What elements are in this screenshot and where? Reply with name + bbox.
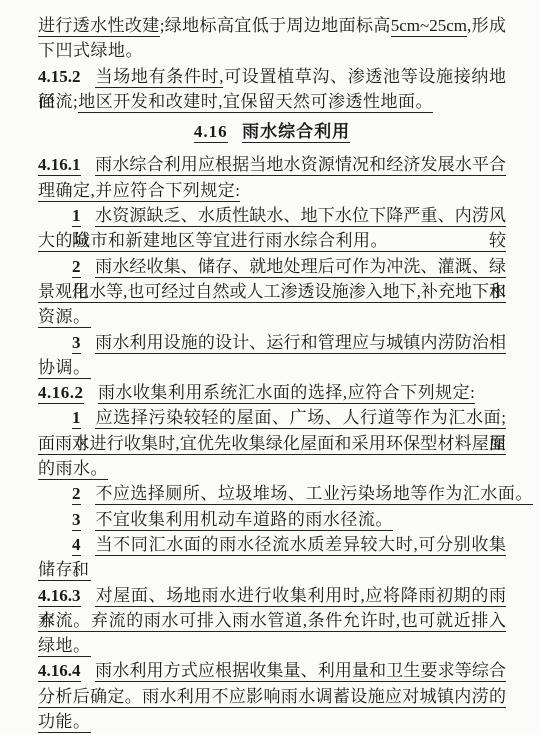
text-segment: 弃流。弃流的雨水可排入雨水管道,条件允许时,也可就近排入: [38, 611, 506, 632]
text-segment: ;绿地标高宜低于周边地面标高: [160, 16, 391, 35]
text-segment: 不应选择厕所、垃圾堆场、工业污染场地等作为汇水面。: [95, 484, 533, 505]
text-line: 径流;地区开发和改建时,宜保留天然可渗透性地面。: [38, 89, 506, 114]
text-segment: 分析后确定。雨水利用不应影响雨水调蓄设施应对城镇内涝的: [38, 687, 506, 708]
text-line: 3不宜收集利用机动车道路的雨水径流。: [38, 507, 506, 532]
text-segment: 当场地有条件时,: [95, 67, 224, 88]
text-line: 1应选择污染较轻的屋面、广场、人行道等作为汇水面;对屋: [38, 405, 506, 430]
text-segment: 5cm~25cm: [391, 16, 467, 37]
text-line: 3雨水利用设施的设计、运行和管理应与城镇内涝防治相: [38, 330, 506, 355]
text-line: 2雨水经收集、储存、就地处理后可作为冲洗、灌溉、绿化和: [38, 254, 506, 279]
text-segment: 协调。: [38, 358, 91, 379]
text-line: 资源。: [38, 304, 506, 329]
text-line: 协调。: [38, 355, 506, 380]
text-line: 4当不同汇水面的雨水径流水质差异较大时,可分别收集和: [38, 532, 506, 557]
text-line: 面雨水进行收集时,宜优先收集绿化屋面和采用环保型材料屋面: [38, 431, 506, 456]
text-segment: ,形成: [467, 16, 506, 35]
clause-number: 4.16.1: [38, 155, 81, 176]
text-line: 4.16.3对屋面、场地雨水进行收集利用时,应将降雨初期的雨水: [38, 583, 506, 608]
clause-number: 4.16.4: [38, 661, 81, 682]
text-line: 1水资源缺乏、水质性缺水、地下水位下降严重、内涝风险较: [38, 203, 506, 228]
text-segment: 理确定,并应符合下列规定:: [38, 181, 240, 202]
text-segment: 景观用水等,也可经过自然或人工渗透设施渗入地下,补充地下水: [38, 282, 506, 303]
text-segment: 径流;: [38, 92, 78, 111]
clause-number: 2: [72, 257, 81, 278]
text-line: 4.15.2当场地有条件时,可设置植草沟、渗透池等设施接纳地面: [38, 64, 506, 89]
clause-number: 4.15.2: [38, 67, 81, 86]
text-line: 储存。: [38, 557, 506, 582]
text-segment: 雨水收集利用系统汇水面的选择,应符合下列规定:: [98, 383, 475, 404]
clause-number: 4.16: [194, 122, 228, 143]
text-segment: 绿地。: [38, 636, 91, 657]
text-line: 景观用水等,也可经过自然或人工渗透设施渗入地下,补充地下水: [38, 279, 506, 304]
text-line: 4.16.4雨水利用方式应根据收集量、利用量和卫生要求等综合: [38, 658, 506, 683]
text-line: 分析后确定。雨水利用不应影响雨水调蓄设施应对城镇内涝的: [38, 684, 506, 709]
section-heading: 4.16雨水综合利用: [38, 119, 506, 144]
text-segment: 地区开发和改建时,宜保留天然可渗透性地面。: [78, 92, 433, 113]
clause-number: 3: [72, 510, 81, 531]
text-segment: 进行透水性改建: [38, 16, 160, 37]
text-segment: 的雨水。: [38, 459, 108, 480]
document-body: 进行透水性改建;绿地标高宜低于周边地面标高5cm~25cm,形成下凹式绿地。4.…: [38, 13, 506, 734]
text-segment: 面雨水进行收集时,宜优先收集绿化屋面和采用环保型材料屋面: [38, 434, 506, 455]
clause-number: 4: [72, 535, 81, 556]
text-segment: 资源。: [38, 307, 91, 328]
text-segment: 不宜收集利用机动车道路的雨水径流。: [95, 510, 393, 531]
text-segment: 下凹式绿地。: [38, 41, 143, 60]
text-segment: 雨水利用方式应根据收集量、利用量和卫生要求等综合: [95, 661, 506, 682]
text-line: 弃流。弃流的雨水可排入雨水管道,条件允许时,也可就近排入: [38, 608, 506, 633]
text-line: 下凹式绿地。: [38, 38, 506, 63]
text-line: 2不应选择厕所、垃圾堆场、工业污染场地等作为汇水面。: [38, 481, 506, 506]
text-line: 绿地。: [38, 633, 506, 658]
text-segment: 雨水综合利用应根据当地水资源情况和经济发展水平合: [95, 155, 506, 176]
clause-number: 2: [72, 484, 81, 505]
clause-number: 雨水综合利用: [242, 122, 350, 143]
clause-number: 3: [72, 333, 81, 354]
text-line: 的雨水。: [38, 456, 506, 481]
clause-number: 1: [72, 408, 81, 429]
text-line: 进行透水性改建;绿地标高宜低于周边地面标高5cm~25cm,形成: [38, 13, 506, 38]
text-line: 4.16.1雨水综合利用应根据当地水资源情况和经济发展水平合: [38, 152, 506, 177]
text-line: 理确定,并应符合下列规定:: [38, 178, 506, 203]
clause-number: 4.16.2: [38, 383, 84, 404]
clause-number: 1: [72, 206, 81, 227]
document-page: 进行透水性改建;绿地标高宜低于周边地面标高5cm~25cm,形成下凹式绿地。4.…: [0, 0, 540, 735]
text-line: 功能。: [38, 709, 506, 734]
text-segment: 雨水利用设施的设计、运行和管理应与城镇内涝防治相: [95, 333, 506, 354]
text-segment: 功能。: [38, 712, 91, 733]
text-segment: 储存。: [38, 560, 91, 581]
text-segment: 大的城市和新建地区等宜进行雨水综合利用。: [38, 231, 388, 252]
clause-number: 4.16.3: [38, 586, 81, 607]
text-line: 4.16.2雨水收集利用系统汇水面的选择,应符合下列规定:: [38, 380, 506, 405]
